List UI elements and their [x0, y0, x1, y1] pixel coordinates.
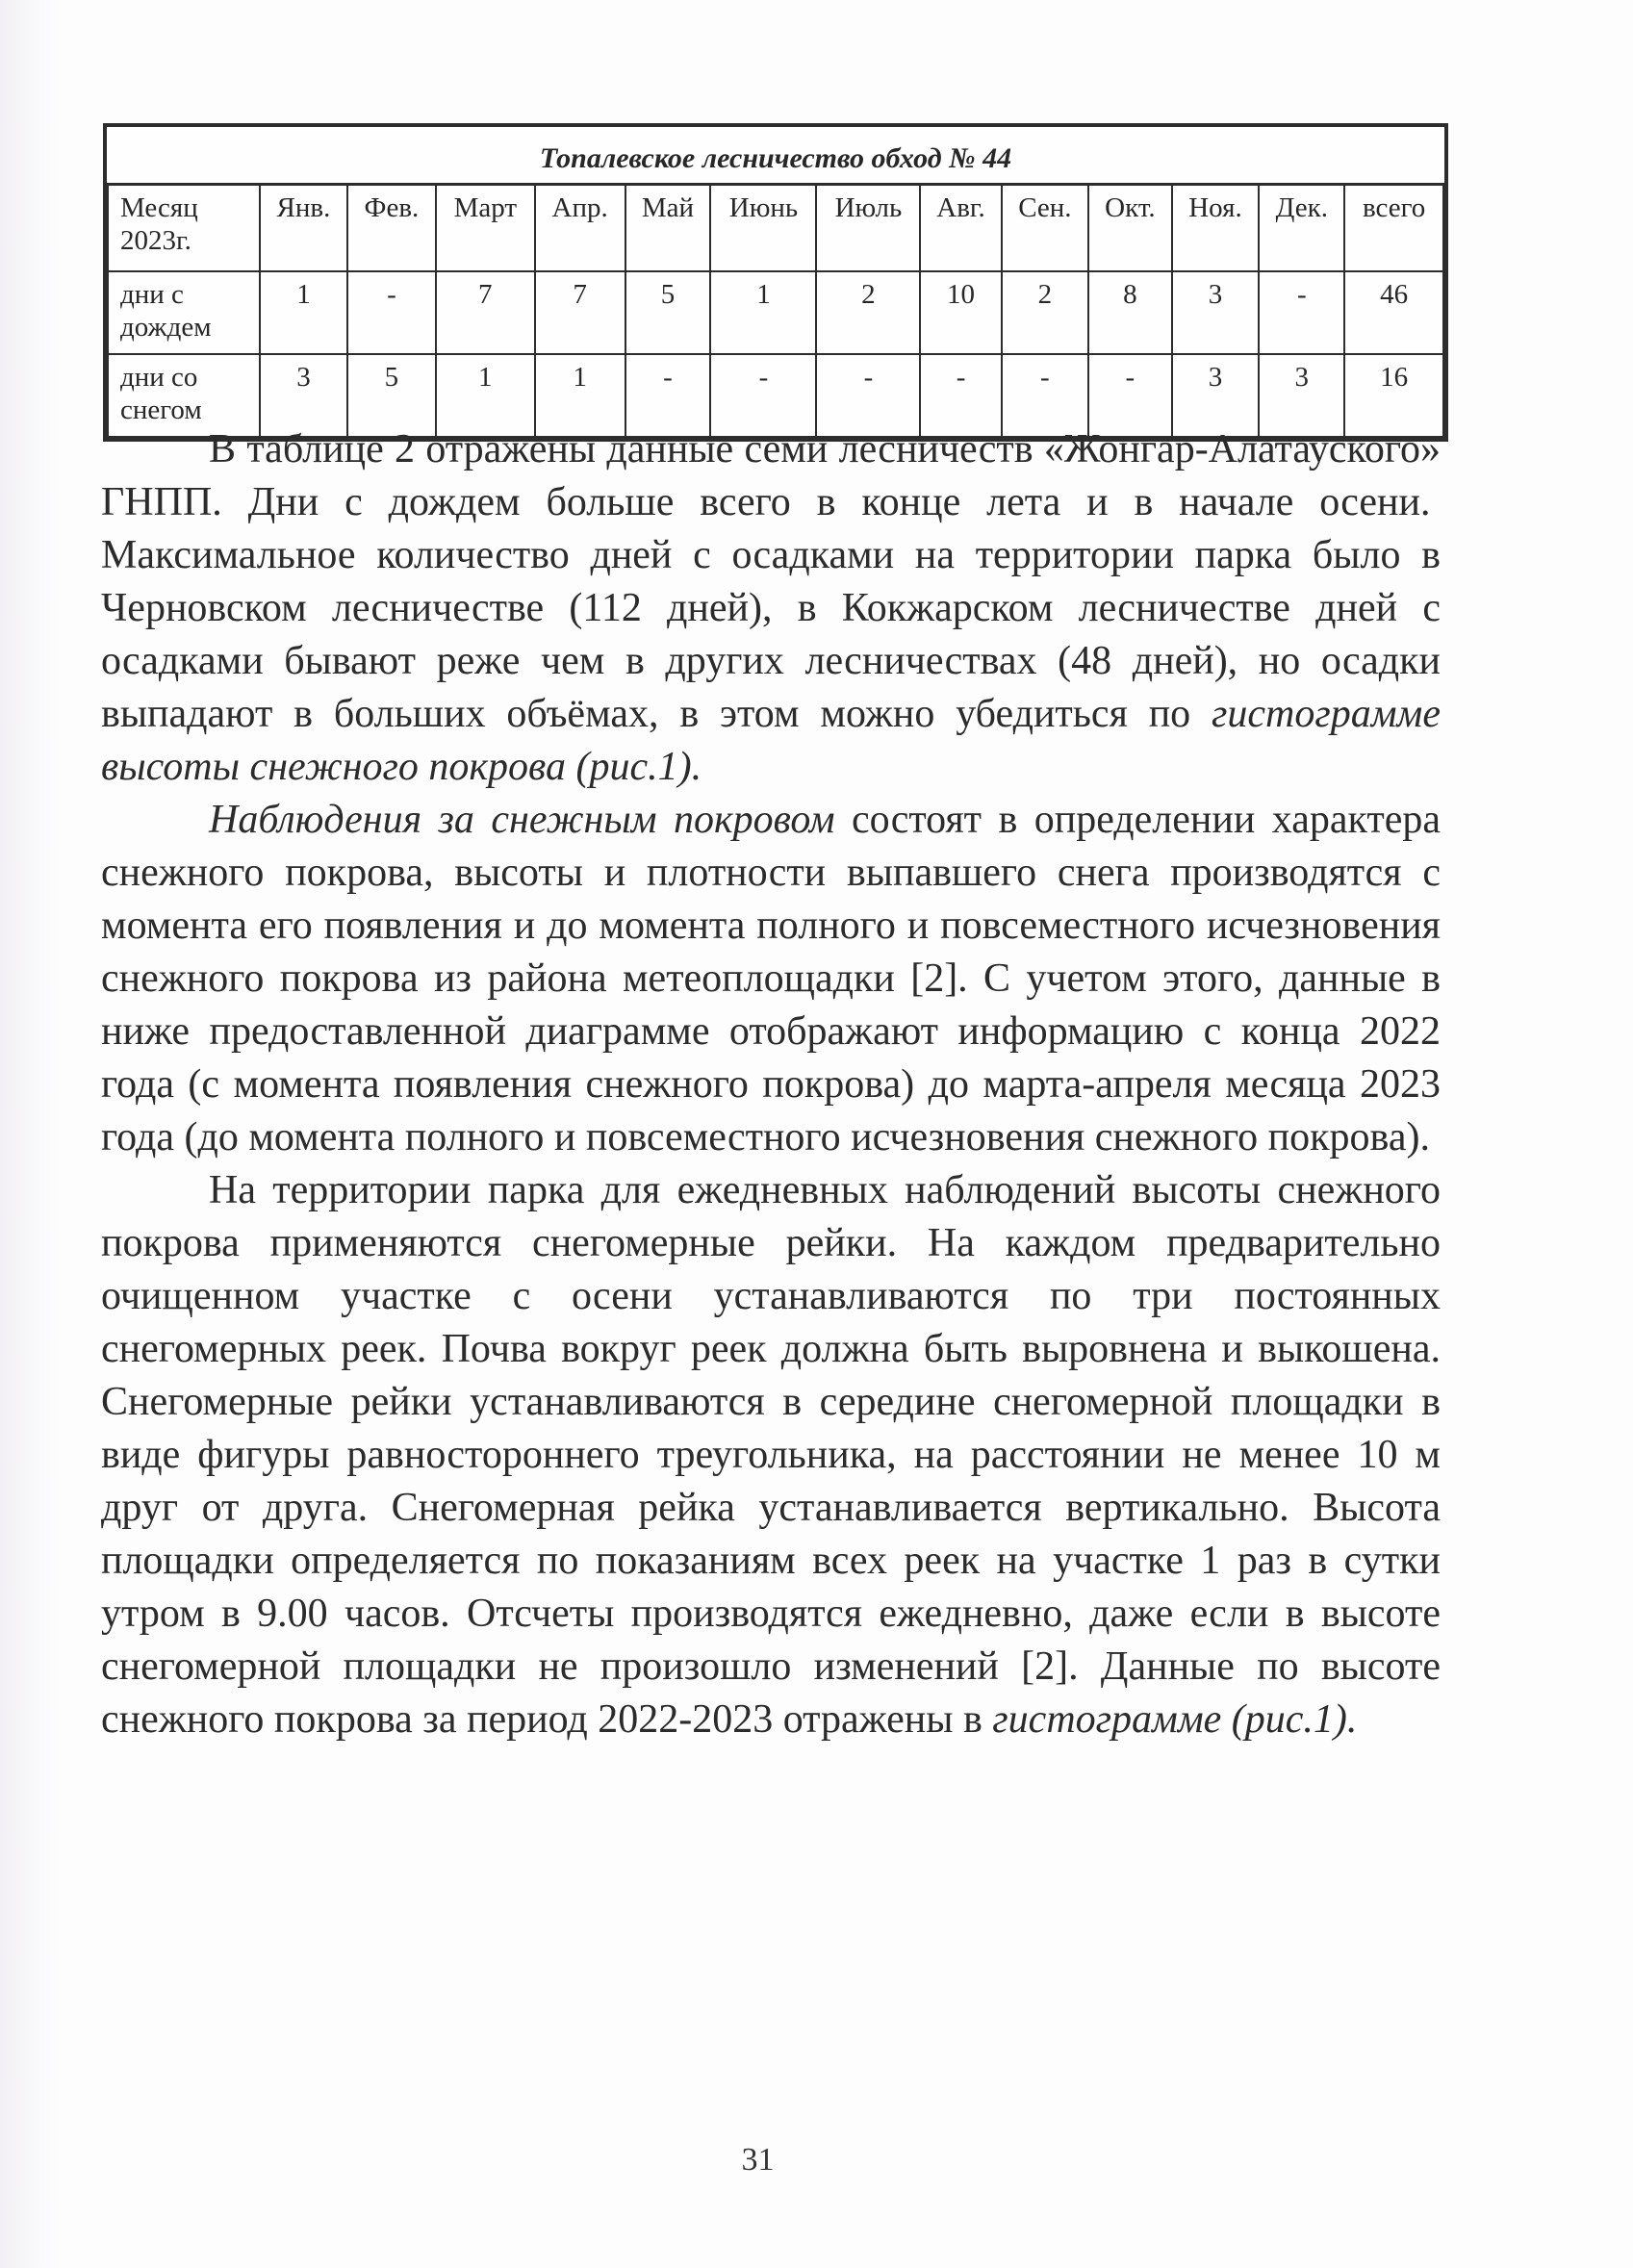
italic-run: Наблюдения за снежным покровом — [209, 798, 835, 842]
column-header: Апр. — [535, 185, 625, 272]
document-body: В таблице 2 отражены данные семи лесниче… — [101, 423, 1441, 1746]
table-cell: 5 — [625, 271, 711, 354]
column-header-month: Месяц 2023г. — [108, 185, 260, 272]
column-header: Май — [625, 185, 711, 272]
table-cell: 2 — [816, 271, 920, 354]
column-header: Окт. — [1088, 185, 1172, 272]
text-run: В таблице 2 отражены данные семи лесниче… — [101, 427, 1441, 736]
table-cell: 7 — [436, 271, 535, 354]
column-header: Дек. — [1259, 185, 1344, 272]
table-title: Топалевское лесничество обход № 44 — [107, 127, 1444, 183]
column-header: всего — [1344, 185, 1443, 272]
table-cell: - — [1259, 271, 1344, 354]
italic-run: гистограмме (рис.1). — [992, 1697, 1357, 1742]
column-header: Фев. — [347, 185, 436, 272]
precipitation-table-container: Топалевское лесничество обход № 44 Месяц… — [103, 123, 1448, 442]
document-page: Топалевское лесничество обход № 44 Месяц… — [0, 0, 1633, 2268]
table-cell: - — [347, 271, 436, 354]
table-cell: 1 — [260, 271, 347, 354]
paragraph: Наблюдения за снежным покровом состоят в… — [101, 794, 1441, 1164]
column-header: Июнь — [710, 185, 816, 272]
column-header: Янв. — [260, 185, 347, 272]
column-header: Сен. — [1002, 185, 1088, 272]
table-row: дни с дождем1-7751210283-46 — [108, 271, 1443, 354]
row-label: дни с дождем — [108, 271, 260, 354]
table-cell: 10 — [920, 271, 1001, 354]
precipitation-table: Месяц 2023г.Янв.Фев.МартАпр.МайИюньИюльА… — [107, 183, 1444, 438]
table-body: дни с дождем1-7751210283-46дни со снегом… — [108, 271, 1443, 437]
paragraph: На территории парка для ежедневных наблю… — [101, 1164, 1441, 1746]
scan-shading — [0, 0, 67, 2268]
column-header: Июль — [816, 185, 920, 272]
table-cell: 1 — [710, 271, 816, 354]
table-cell: 7 — [535, 271, 625, 354]
table-cell: 8 — [1088, 271, 1172, 354]
column-header: Авг. — [920, 185, 1001, 272]
paragraph: В таблице 2 отражены данные семи лесниче… — [101, 423, 1441, 794]
table-cell: 2 — [1002, 271, 1088, 354]
table-header-row: Месяц 2023г.Янв.Фев.МартАпр.МайИюньИюльА… — [108, 185, 1443, 272]
text-run: На территории парка для ежедневных наблю… — [101, 1168, 1441, 1742]
text-run: состоят в определении характера снежного… — [101, 798, 1441, 1159]
table-cell: 3 — [1172, 271, 1259, 354]
column-header: Март — [436, 185, 535, 272]
table-cell: 46 — [1344, 271, 1443, 354]
table-header: Месяц 2023г.Янв.Фев.МартАпр.МайИюньИюльА… — [108, 185, 1443, 272]
column-header: Ноя. — [1172, 185, 1259, 272]
page-number: 31 — [0, 2142, 1516, 2179]
